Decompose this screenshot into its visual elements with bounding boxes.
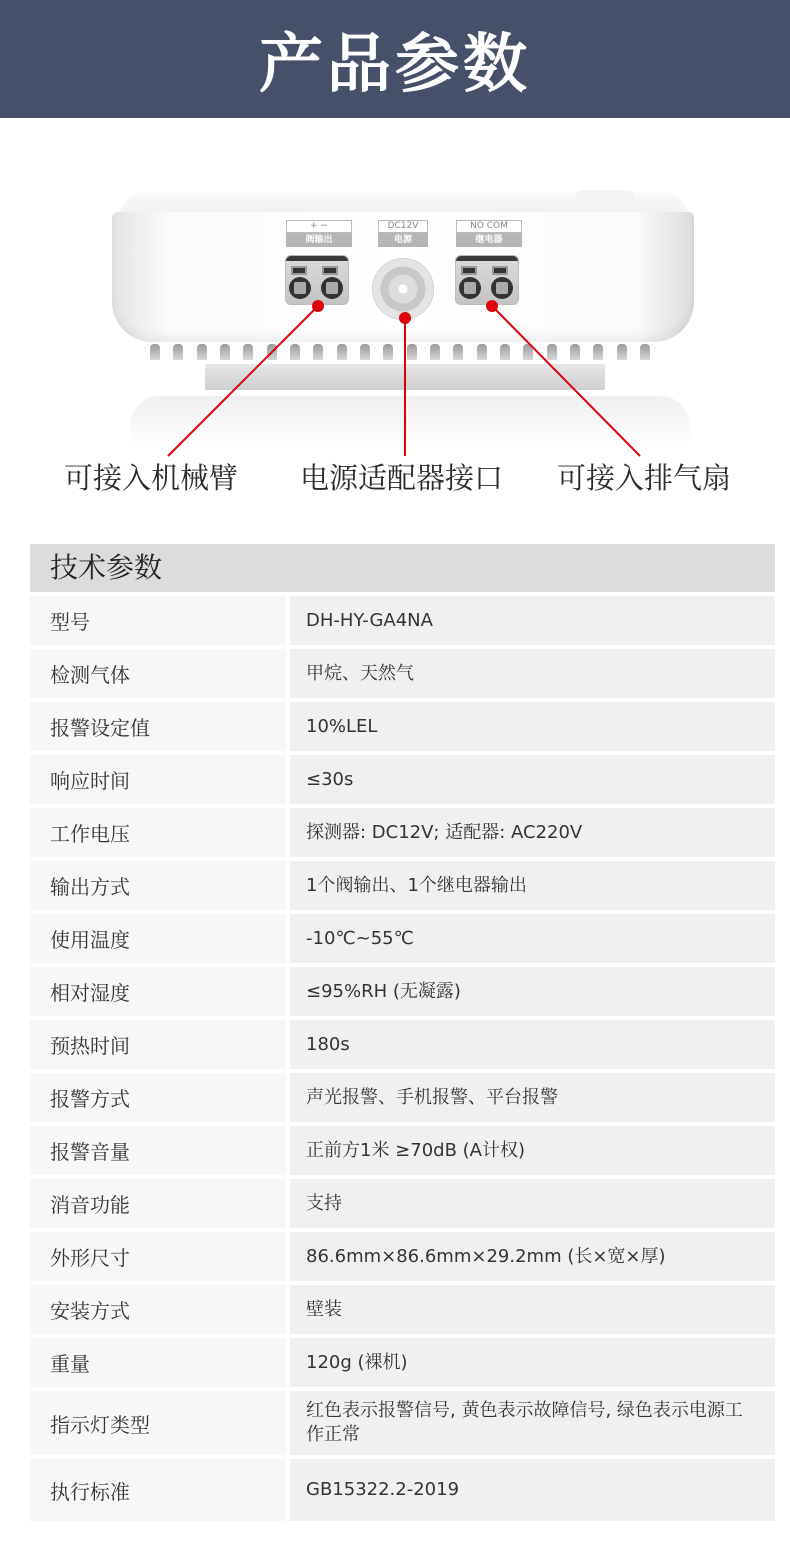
spec-value: 86.6mm×86.6mm×29.2mm (长×宽×厚) [290,1232,775,1281]
spec-label: 指示灯类型 [30,1391,286,1455]
spec-value: ≤30s [290,755,775,804]
callout-dot-power [399,312,411,324]
table-row: 执行标准GB15322.2-2019 [30,1459,775,1521]
callout-exhaust-fan: 可接入排气扇 [557,456,731,497]
spec-label: 输出方式 [30,861,286,910]
callout-dot-valve [312,300,324,312]
spec-value: ≤95%RH (无凝露) [290,967,775,1016]
spec-value: 10%LEL [290,702,775,751]
spec-label: 相对湿度 [30,967,286,1016]
table-row: 预热时间180s [30,1020,775,1069]
table-row: 检测气体甲烷、天然气 [30,649,775,698]
callout-power-adapter: 电源适配器接口 [300,456,503,497]
page-title: 产品参数 [259,13,531,105]
spec-value: 支持 [290,1179,775,1228]
callout-robot-arm: 可接入机械臂 [64,456,238,497]
spec-table-title: 技术参数 [30,544,775,592]
spec-label: 检测气体 [30,649,286,698]
spec-label: 报警设定值 [30,702,286,751]
spec-value: 红色表示报警信号, 黄色表示故障信号, 绿色表示电源工作正常 [290,1391,775,1455]
table-row: 相对湿度≤95%RH (无凝露) [30,967,775,1016]
spec-value: 声光报警、手机报警、平台报警 [290,1073,775,1122]
table-row: 报警音量正前方1米 ≥70dB (A计权) [30,1126,775,1175]
table-row: 重量120g (裸机) [30,1338,775,1387]
table-row: 工作电压探测器: DC12V; 适配器: AC220V [30,808,775,857]
table-row: 安装方式壁装 [30,1285,775,1334]
spec-label: 预热时间 [30,1020,286,1069]
table-row: 型号DH-HY-GA4NA [30,596,775,645]
spec-label: 使用温度 [30,914,286,963]
spec-value: 正前方1米 ≥70dB (A计权) [290,1126,775,1175]
spec-label: 报警方式 [30,1073,286,1122]
table-row: 使用温度-10℃~55℃ [30,914,775,963]
table-row: 报警设定值10%LEL [30,702,775,751]
spec-label: 消音功能 [30,1179,286,1228]
spec-label: 响应时间 [30,755,286,804]
spec-label: 型号 [30,596,286,645]
spec-value: DH-HY-GA4NA [290,596,775,645]
spec-value: 120g (裸机) [290,1338,775,1387]
table-row: 输出方式1个阀输出、1个继电器输出 [30,861,775,910]
spec-value: 壁装 [290,1285,775,1334]
spec-label: 工作电压 [30,808,286,857]
spec-label: 安装方式 [30,1285,286,1334]
callout-dot-relay [486,300,498,312]
table-row: 响应时间≤30s [30,755,775,804]
spec-table: 技术参数 型号DH-HY-GA4NA 检测气体甲烷、天然气 报警设定值10%LE… [30,544,775,1525]
table-row: 外形尺寸86.6mm×86.6mm×29.2mm (长×宽×厚) [30,1232,775,1281]
spec-value: GB15322.2-2019 [290,1459,775,1521]
spec-label: 报警音量 [30,1126,286,1175]
spec-value: 180s [290,1020,775,1069]
table-row: 消音功能支持 [30,1179,775,1228]
table-row: 报警方式声光报警、手机报警、平台报警 [30,1073,775,1122]
spec-label: 外形尺寸 [30,1232,286,1281]
title-banner: 产品参数 [0,0,790,118]
spec-label: 重量 [30,1338,286,1387]
spec-value: 甲烷、天然气 [290,649,775,698]
spec-value: 1个阀输出、1个继电器输出 [290,861,775,910]
spec-value: 探测器: DC12V; 适配器: AC220V [290,808,775,857]
spec-value: -10℃~55℃ [290,914,775,963]
product-image: + − 阀输出 DC12V 电源 NO COM 继电器 可接入机械臂 电源适配器… [0,118,790,518]
spec-label: 执行标准 [30,1459,286,1521]
table-row: 指示灯类型红色表示报警信号, 黄色表示故障信号, 绿色表示电源工作正常 [30,1391,775,1455]
